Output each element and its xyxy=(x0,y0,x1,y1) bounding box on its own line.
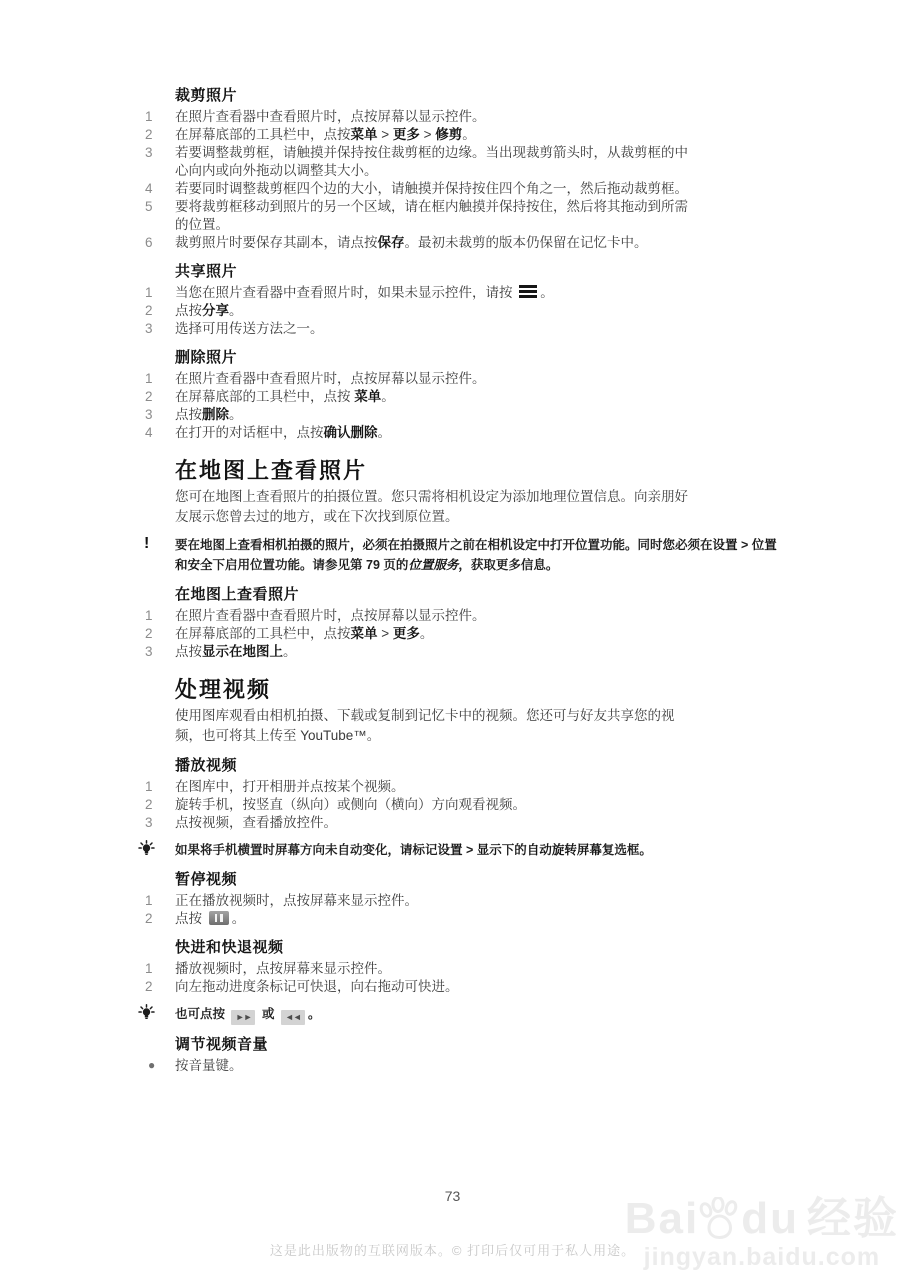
step-number: 3 xyxy=(145,814,167,832)
text-run: > xyxy=(378,127,393,142)
step-list: 1在照片查看器中查看照片时，点按屏幕以显示控件。2在屏幕底部的工具栏中，点按 菜… xyxy=(175,370,695,442)
text-run: > xyxy=(420,127,435,142)
text-run: 。 xyxy=(462,127,476,142)
advice-text: 要在地图上查看相机拍摄的照片，必须在拍摄照片之前在相机设定中打开位置功能。同时您… xyxy=(175,538,777,572)
text-run: 按音量键。 xyxy=(175,1058,243,1073)
text-run: 显示 xyxy=(477,843,502,857)
step-text: 正在播放视频时，点按屏幕来显示控件。 xyxy=(175,893,418,908)
text-run: 在照片查看器中查看照片时，点按屏幕以显示控件。 xyxy=(175,371,486,386)
step-text: 选择可用传送方法之一。 xyxy=(175,321,324,336)
step-item: 3点按删除。 xyxy=(175,406,695,424)
step-text: 在打开的对话框中，点按确认删除。 xyxy=(175,425,391,440)
step-item: 1在照片查看器中查看照片时，点按屏幕以显示控件。 xyxy=(175,607,695,625)
text-run: 若要调整裁剪框，请触摸并保持按住裁剪框的边缘。当出现裁剪箭头时，从裁剪框的中心向… xyxy=(175,145,688,178)
text-run: 在照片查看器中查看照片时，点按屏幕以显示控件。 xyxy=(175,109,486,124)
step-number: 1 xyxy=(145,892,167,910)
step-number: 4 xyxy=(145,424,167,442)
procedure-heading: 删除照片 xyxy=(175,348,695,367)
step-item: 1在照片查看器中查看照片时，点按屏幕以显示控件。 xyxy=(175,108,695,126)
step-number: 2 xyxy=(145,388,167,406)
text-run: 更多 xyxy=(393,626,420,641)
bullet-text: 按音量键。 xyxy=(175,1058,243,1073)
text-run: 修剪 xyxy=(435,127,462,142)
text-run: 点按视频，查看播放控件。 xyxy=(175,815,337,830)
text-run: 。 xyxy=(540,285,554,300)
text-run: 要将裁剪框移动到照片的另一个区域，请在框内触摸并保持按住，然后将其拖动到所需的位… xyxy=(175,199,688,232)
lightbulb-tip-icon xyxy=(138,1004,155,1028)
text-run: 下的 xyxy=(502,843,527,857)
text-run: 如果将手机横置时屏幕方向未自动变化，请标记 xyxy=(175,843,438,857)
text-run: 。 xyxy=(378,425,392,440)
step-item: 3若要调整裁剪框，请触摸并保持按住裁剪框的边缘。当出现裁剪箭头时，从裁剪框的中心… xyxy=(175,144,695,180)
text-run: 当您在照片查看器中查看照片时，如果未显示控件，请按 xyxy=(175,285,516,300)
body-paragraph: 使用图库观看由相机拍摄、下载或复制到记忆卡中的视频。您还可与好友共享您的视频，也… xyxy=(175,706,695,746)
step-number: 2 xyxy=(145,978,167,996)
text-run: 若要同时调整裁剪框四个边的大小，请触摸并保持按住四个角之一，然后拖动裁剪框。 xyxy=(175,181,688,196)
section-heading: 处理视频 xyxy=(175,677,695,702)
text-run: 设置 xyxy=(438,843,463,857)
text-run: 在屏幕底部的工具栏中，点按 xyxy=(175,389,354,404)
text-run: 菜单 xyxy=(354,389,381,404)
menu-icon xyxy=(519,285,537,298)
step-number: 1 xyxy=(145,960,167,978)
step-text: 在照片查看器中查看照片时，点按屏幕以显示控件。 xyxy=(175,109,486,124)
step-item: 2向左拖动进度条标记可快退，向右拖动可快进。 xyxy=(175,978,695,996)
text-run: 裁剪照片时要保存其副本，请点按 xyxy=(175,235,378,250)
text-run: 删除 xyxy=(202,407,229,422)
text-run: 要在地图上查看相机拍摄的照片，必须在拍摄照片之前在相机设定中打开位置功能。同时您… xyxy=(175,538,713,552)
text-run: 位置服务 xyxy=(408,558,458,572)
step-item: 2点按分享。 xyxy=(175,302,695,320)
note-block: !要在地图上查看相机拍摄的照片，必须在拍摄照片之前在相机设定中打开位置功能。同时… xyxy=(175,535,787,575)
text-run: 在照片查看器中查看照片时，点按屏幕以显示控件。 xyxy=(175,608,486,623)
text-run: 下启用位置功能。请参见第 79 页的 xyxy=(213,558,409,572)
text-run: 在屏幕底部的工具栏中，点按 xyxy=(175,626,351,641)
text-run: 保存 xyxy=(378,235,405,250)
step-text: 在图库中，打开相册并点按某个视频。 xyxy=(175,779,405,794)
step-number: 4 xyxy=(145,180,167,198)
step-text: 播放视频时，点按屏幕来显示控件。 xyxy=(175,961,391,976)
text-run: 。 xyxy=(229,407,243,422)
step-text: 在照片查看器中查看照片时，点按屏幕以显示控件。 xyxy=(175,608,486,623)
step-list: 1在照片查看器中查看照片时，点按屏幕以显示控件。2在屏幕底部的工具栏中，点按菜单… xyxy=(175,607,695,661)
text-run: 更多 xyxy=(393,127,420,142)
text-run: 菜单 xyxy=(351,626,378,641)
step-item: 3点按显示在地图上。 xyxy=(175,643,695,661)
step-text: 点按视频，查看播放控件。 xyxy=(175,815,337,830)
step-number: 3 xyxy=(145,643,167,661)
text-run: 播放视频时，点按屏幕来显示控件。 xyxy=(175,961,391,976)
text-run: 。 xyxy=(381,389,395,404)
text-run: 。 xyxy=(229,303,243,318)
step-number: 3 xyxy=(145,144,167,162)
document-body: 裁剪照片1在照片查看器中查看照片时，点按屏幕以显示控件。2在屏幕底部的工具栏中，… xyxy=(175,86,695,1075)
text-run: 在图库中，打开相册并点按某个视频。 xyxy=(175,779,405,794)
text-run: 使用图库观看由相机拍摄、下载或复制到记忆卡中的视频。您还可与好友共享您的视频，也… xyxy=(175,708,675,743)
text-run: 。 xyxy=(308,1007,321,1021)
step-item: 1在图库中，打开相册并点按某个视频。 xyxy=(175,778,695,796)
step-item: 4若要同时调整裁剪框四个边的大小，请触摸并保持按住四个角之一，然后拖动裁剪框。 xyxy=(175,180,695,198)
pause-icon xyxy=(209,911,229,925)
step-number: 3 xyxy=(145,406,167,424)
step-item: 2在屏幕底部的工具栏中，点按菜单 > 更多 > 修剪。 xyxy=(175,126,695,144)
text-run: ，获取更多信息。 xyxy=(458,558,558,572)
step-list: 1正在播放视频时，点按屏幕来显示控件。2点按 。 xyxy=(175,892,695,928)
advice-text: 也可点按 ►► 或 ◄◄。 xyxy=(175,1007,320,1021)
advice-text: 如果将手机横置时屏幕方向未自动变化，请标记设置 > 显示下的自动旋转屏幕复选框。 xyxy=(175,843,652,857)
step-number: 1 xyxy=(145,370,167,388)
step-item: 6裁剪照片时要保存其副本，请点按保存。最初未裁剪的版本仍保留在记忆卡中。 xyxy=(175,234,695,252)
step-item: 3选择可用传送方法之一。 xyxy=(175,320,695,338)
step-number: 1 xyxy=(145,284,167,302)
body-paragraph: 您可在地图上查看照片的拍摄位置。您只需将相机设定为添加地理位置信息。向亲朋好友展… xyxy=(175,487,695,527)
step-list: 1当您在照片查看器中查看照片时，如果未显示控件，请按 。2点按分享。3选择可用传… xyxy=(175,284,695,338)
procedure-heading: 在地图上查看照片 xyxy=(175,585,695,604)
exclamation-note-icon: ! xyxy=(144,534,149,554)
step-number: 1 xyxy=(145,607,167,625)
manual-page: 裁剪照片1在照片查看器中查看照片时，点按屏幕以显示控件。2在屏幕底部的工具栏中，… xyxy=(0,0,905,1280)
step-item: 1在照片查看器中查看照片时，点按屏幕以显示控件。 xyxy=(175,370,695,388)
procedure-heading: 播放视频 xyxy=(175,756,695,775)
text-run: 。最初未裁剪的版本仍保留在记忆卡中。 xyxy=(405,235,648,250)
text-run: > xyxy=(378,626,393,641)
text-run: 。 xyxy=(420,626,434,641)
step-number: 1 xyxy=(145,108,167,126)
text-run: 您可在地图上查看照片的拍摄位置。您只需将相机设定为添加地理位置信息。向亲朋好友展… xyxy=(175,489,688,524)
text-run: 分享 xyxy=(202,303,229,318)
step-number: 3 xyxy=(145,320,167,338)
page-number: 73 xyxy=(0,1188,905,1204)
lightbulb-tip-icon xyxy=(138,840,155,864)
tip-block: 也可点按 ►► 或 ◄◄。 xyxy=(175,1004,787,1025)
step-text: 在照片查看器中查看照片时，点按屏幕以显示控件。 xyxy=(175,371,486,386)
text-run: 确认删除 xyxy=(324,425,378,440)
text-run: 点按 xyxy=(175,911,206,926)
baidu-jingyan-watermark: Bai du经验 jingyan.baidu.com xyxy=(625,1197,899,1270)
step-number: 2 xyxy=(145,796,167,814)
step-list: 1播放视频时，点按屏幕来显示控件。2向左拖动进度条标记可快退，向右拖动可快进。 xyxy=(175,960,695,996)
text-run: 菜单 xyxy=(351,127,378,142)
section-heading: 在地图上查看照片 xyxy=(175,458,695,483)
bullet-item: ●按音量键。 xyxy=(175,1057,695,1075)
text-run: 向左拖动进度条标记可快退，向右拖动可快进。 xyxy=(175,979,459,994)
text-run: 选择可用传送方法之一。 xyxy=(175,321,324,336)
step-text: 点按删除。 xyxy=(175,407,243,422)
step-item: 2旋转手机，按竖直（纵向）或侧向（横向）方向观看视频。 xyxy=(175,796,695,814)
text-run: 自动旋转屏幕 xyxy=(527,843,602,857)
procedure-heading: 暂停视频 xyxy=(175,870,695,889)
tip-block: 如果将手机横置时屏幕方向未自动变化，请标记设置 > 显示下的自动旋转屏幕复选框。 xyxy=(175,840,787,860)
procedure-heading: 快进和快退视频 xyxy=(175,938,695,957)
step-number: 2 xyxy=(145,126,167,144)
step-item: 3点按视频，查看播放控件。 xyxy=(175,814,695,832)
text-run: 设置 xyxy=(713,538,738,552)
step-list: 1在图库中，打开相册并点按某个视频。2旋转手机，按竖直（纵向）或侧向（横向）方向… xyxy=(175,778,695,832)
text-run: 。 xyxy=(283,644,297,659)
step-item: 4在打开的对话框中，点按确认删除。 xyxy=(175,424,695,442)
procedure-heading: 调节视频音量 xyxy=(175,1035,695,1054)
step-text: 要将裁剪框移动到照片的另一个区域，请在框内触摸并保持按住，然后将其拖动到所需的位… xyxy=(175,199,688,232)
step-item: 1正在播放视频时，点按屏幕来显示控件。 xyxy=(175,892,695,910)
step-number: 2 xyxy=(145,910,167,928)
procedure-heading: 裁剪照片 xyxy=(175,86,695,105)
step-list: 1在照片查看器中查看照片时，点按屏幕以显示控件。2在屏幕底部的工具栏中，点按菜单… xyxy=(175,108,695,252)
step-text: 点按显示在地图上。 xyxy=(175,644,297,659)
text-run: 点按 xyxy=(175,407,202,422)
footer-note: 这是此出版物的互联网版本。© 打印后仅可用于私人用途。 xyxy=(0,1240,905,1259)
step-text: 点按 。 xyxy=(175,911,245,926)
text-run: 复选框。 xyxy=(602,843,652,857)
step-item: 2在屏幕底部的工具栏中，点按菜单 > 更多。 xyxy=(175,625,695,643)
text-run: 显示在地图上 xyxy=(202,644,283,659)
step-text: 若要调整裁剪框，请触摸并保持按住裁剪框的边缘。当出现裁剪箭头时，从裁剪框的中心向… xyxy=(175,145,688,178)
step-number: 1 xyxy=(145,778,167,796)
step-text: 在屏幕底部的工具栏中，点按 菜单。 xyxy=(175,389,395,404)
step-number: 6 xyxy=(145,234,167,252)
text-run: 或 xyxy=(258,1007,277,1021)
bullet-dot: ● xyxy=(148,1056,155,1074)
text-run: 点按 xyxy=(175,303,202,318)
text-run: 点按 xyxy=(175,644,202,659)
step-text: 在屏幕底部的工具栏中，点按菜单 > 更多。 xyxy=(175,626,433,641)
rewind-icon: ◄◄ xyxy=(281,1010,305,1025)
text-run: > xyxy=(738,538,752,552)
step-number: 2 xyxy=(145,302,167,320)
text-run: 在屏幕底部的工具栏中，点按 xyxy=(175,127,351,142)
step-item: 1播放视频时，点按屏幕来显示控件。 xyxy=(175,960,695,978)
text-run: 也可点按 xyxy=(175,1007,228,1021)
step-item: 2点按 。 xyxy=(175,910,695,928)
step-number: 2 xyxy=(145,625,167,643)
fast-forward-icon: ►► xyxy=(231,1010,255,1025)
text-run: 旋转手机，按竖直（纵向）或侧向（横向）方向观看视频。 xyxy=(175,797,526,812)
procedure-heading: 共享照片 xyxy=(175,262,695,281)
step-number: 5 xyxy=(145,198,167,216)
step-text: 点按分享。 xyxy=(175,303,243,318)
text-run: 在打开的对话框中，点按 xyxy=(175,425,324,440)
step-text: 在屏幕底部的工具栏中，点按菜单 > 更多 > 修剪。 xyxy=(175,127,476,142)
text-run: 。 xyxy=(232,911,246,926)
step-text: 旋转手机，按竖直（纵向）或侧向（横向）方向观看视频。 xyxy=(175,797,526,812)
step-text: 向左拖动进度条标记可快退，向右拖动可快进。 xyxy=(175,979,459,994)
step-text: 裁剪照片时要保存其副本，请点按保存。最初未裁剪的版本仍保留在记忆卡中。 xyxy=(175,235,648,250)
step-item: 5要将裁剪框移动到照片的另一个区域，请在框内触摸并保持按住，然后将其拖动到所需的… xyxy=(175,198,695,234)
text-run: 正在播放视频时，点按屏幕来显示控件。 xyxy=(175,893,418,908)
step-item: 2在屏幕底部的工具栏中，点按 菜单。 xyxy=(175,388,695,406)
step-text: 若要同时调整裁剪框四个边的大小，请触摸并保持按住四个角之一，然后拖动裁剪框。 xyxy=(175,181,688,196)
step-item: 1当您在照片查看器中查看照片时，如果未显示控件，请按 。 xyxy=(175,284,695,302)
step-text: 当您在照片查看器中查看照片时，如果未显示控件，请按 。 xyxy=(175,285,554,300)
text-run: > xyxy=(463,843,477,857)
